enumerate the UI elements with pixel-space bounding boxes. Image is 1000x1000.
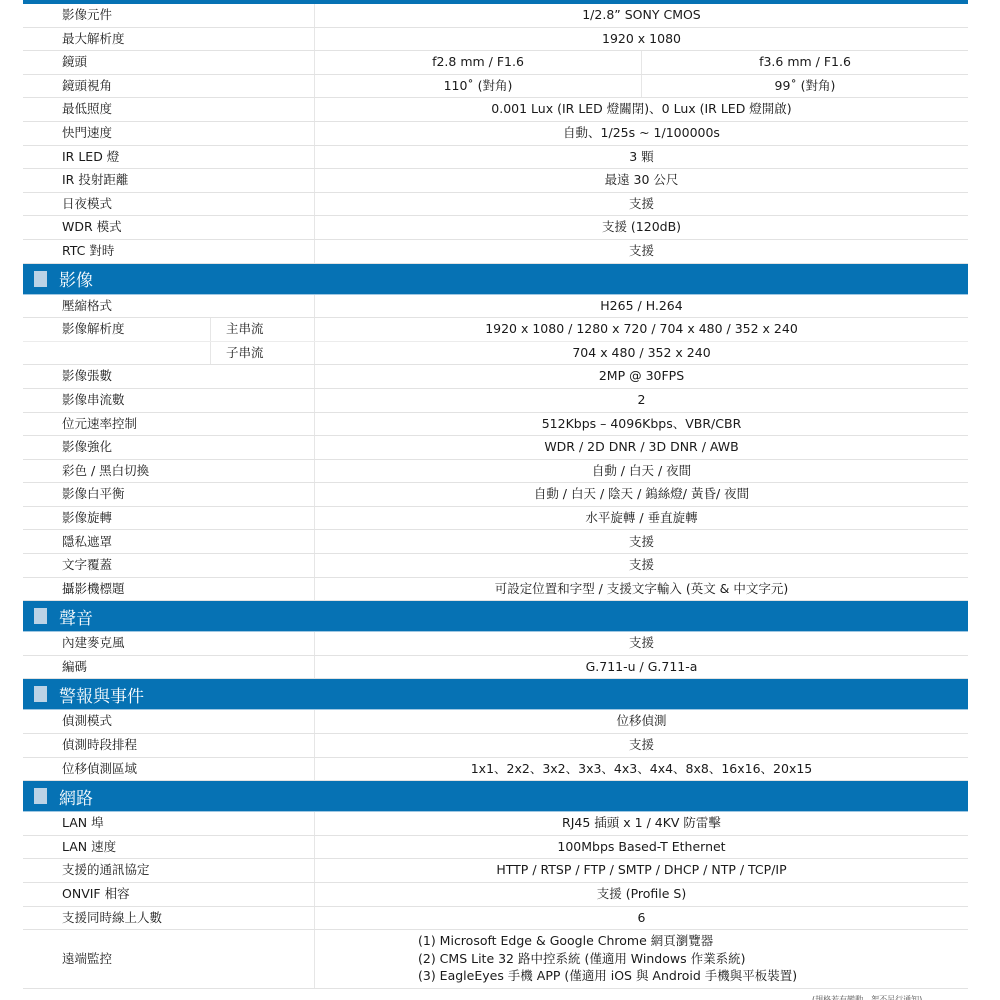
spec-row-remote: 遠端監控 (1) Microsoft Edge & Google Chrome … [23, 930, 968, 989]
spec-label: 支援同時線上人數 [23, 907, 315, 930]
spec-row: LAN 埠 RJ45 插頭 x 1 / 4KV 防雷擊 [23, 812, 968, 836]
spec-label: 內建麥克風 [23, 632, 315, 655]
video-section: 壓縮格式 H265 / H.264 影像解析度 主串流 1920 x 1080 … [23, 295, 968, 602]
spec-value: 1920 x 1080 / 1280 x 720 / 704 x 480 / 3… [315, 318, 968, 341]
spec-value: 3 顆 [315, 146, 968, 169]
spec-value-a: 110˚ (對角) [315, 75, 642, 98]
spec-row: 支援的通訊協定 HTTP / RTSP / FTP / SMTP / DHCP … [23, 859, 968, 883]
spec-value: G.711-u / G.711-a [315, 656, 968, 679]
spec-label: 遠端監控 [23, 930, 315, 988]
spec-row: 攝影機標題 可設定位置和字型 / 支援文字輸入 (英文 & 中文字元) [23, 578, 968, 602]
spec-row: 最大解析度 1920 x 1080 [23, 28, 968, 52]
section-square-icon [34, 788, 47, 804]
spec-label: 影像串流數 [23, 389, 315, 412]
spec-value: 水平旋轉 / 垂直旋轉 [315, 507, 968, 530]
network-section: LAN 埠 RJ45 插頭 x 1 / 4KV 防雷擊 LAN 速度 100Mb… [23, 812, 968, 989]
spec-value: 支援 [315, 632, 968, 655]
spec-label: RTC 對時 [23, 240, 315, 263]
spec-value: HTTP / RTSP / FTP / SMTP / DHCP / NTP / … [315, 859, 968, 882]
spec-value-a: f2.8 mm / F1.6 [315, 51, 642, 74]
spec-row: 支援同時線上人數 6 [23, 907, 968, 931]
spec-value: 100Mbps Based-T Ethernet [315, 836, 968, 859]
spec-label: 彩色 / 黑白切換 [23, 460, 315, 483]
spec-value: 支援 (120dB) [315, 216, 968, 239]
spec-row: 位移偵測區域 1x1、2x2、3x2、3x3、4x3、4x4、8x8、16x16… [23, 758, 968, 782]
section-header-video: 影像 [23, 264, 968, 295]
spec-value: 1920 x 1080 [315, 28, 968, 51]
spec-label: 影像強化 [23, 436, 315, 459]
spec-value: 位移偵測 [315, 710, 968, 733]
spec-label: 影像元件 [23, 4, 315, 27]
spec-label: 最大解析度 [23, 28, 315, 51]
spec-label: 壓縮格式 [23, 295, 315, 318]
spec-label: 影像解析度 [23, 318, 210, 341]
spec-row: 快門速度 自動、1/25s ~ 1/100000s [23, 122, 968, 146]
section-title: 網路 [59, 784, 93, 809]
spec-value: 704 x 480 / 352 x 240 [315, 342, 968, 365]
spec-row: 編碼 G.711-u / G.711-a [23, 656, 968, 680]
spec-sublabel: 主串流 [210, 318, 315, 341]
spec-label: ONVIF 相容 [23, 883, 315, 906]
spec-label: 影像白平衡 [23, 483, 315, 506]
alarm-section: 偵測模式 位移偵測 偵測時段排程 支援 位移偵測區域 1x1、2x2、3x2、3… [23, 710, 968, 781]
spec-row: 位元速率控制 512Kbps – 4096Kbps、VBR/CBR [23, 413, 968, 437]
spec-label: LAN 速度 [23, 836, 315, 859]
spec-row: 子串流 704 x 480 / 352 x 240 [23, 342, 968, 366]
spec-sheet: 影像元件 1/2.8” SONY CMOS 最大解析度 1920 x 1080 … [23, 0, 968, 989]
spec-row: 文字覆蓋 支援 [23, 554, 968, 578]
spec-row: 鏡頭 f2.8 mm / F1.6 f3.6 mm / F1.6 [23, 51, 968, 75]
spec-label: 最低照度 [23, 98, 315, 121]
spec-value: 支援 [315, 240, 968, 263]
spec-row: IR LED 燈 3 顆 [23, 146, 968, 170]
section-square-icon [34, 271, 47, 287]
spec-label: 位元速率控制 [23, 413, 315, 436]
spec-value: 自動 / 白天 / 陰天 / 鎢絲燈/ 黃昏/ 夜間 [315, 483, 968, 506]
spec-label: 偵測模式 [23, 710, 315, 733]
general-section: 影像元件 1/2.8” SONY CMOS 最大解析度 1920 x 1080 … [23, 4, 968, 264]
section-header-audio: 聲音 [23, 601, 968, 632]
section-square-icon [34, 608, 47, 624]
spec-label: 快門速度 [23, 122, 315, 145]
spec-value: 6 [315, 907, 968, 930]
spec-value-b: 99˚ (對角) [642, 75, 968, 98]
spec-row: 隱私遮罩 支援 [23, 530, 968, 554]
spec-value: 1x1、2x2、3x2、3x3、4x3、4x4、8x8、16x16、20x15 [315, 758, 968, 781]
spec-value: WDR / 2D DNR / 3D DNR / AWB [315, 436, 968, 459]
spec-value: 可設定位置和字型 / 支援文字輸入 (英文 & 中文字元) [315, 578, 968, 601]
spec-label: IR 投射距離 [23, 169, 315, 192]
spec-row: 偵測模式 位移偵測 [23, 710, 968, 734]
spec-row: 影像元件 1/2.8” SONY CMOS [23, 4, 968, 28]
spec-row: 影像白平衡 自動 / 白天 / 陰天 / 鎢絲燈/ 黃昏/ 夜間 [23, 483, 968, 507]
spec-row: 壓縮格式 H265 / H.264 [23, 295, 968, 319]
spec-value: 2 [315, 389, 968, 412]
spec-label: 隱私遮罩 [23, 530, 315, 553]
spec-label: 日夜模式 [23, 193, 315, 216]
spec-row: ONVIF 相容 支援 (Profile S) [23, 883, 968, 907]
spec-value: 2MP @ 30FPS [315, 365, 968, 388]
spec-value: 支援 [315, 554, 968, 577]
spec-sublabel: 子串流 [210, 342, 315, 365]
section-title: 警報與事件 [59, 682, 144, 707]
remote-monitor-item: (1) Microsoft Edge & Google Chrome 網頁瀏覽器 [418, 935, 968, 948]
footnote: (規格若有變動，恕不另行通知) [812, 994, 922, 1000]
spec-value-pair: 110˚ (對角) 99˚ (對角) [315, 75, 968, 98]
spec-label [23, 342, 210, 365]
spec-value: 支援 [315, 734, 968, 757]
spec-value: 支援 [315, 193, 968, 216]
spec-label: IR LED 燈 [23, 146, 315, 169]
spec-value-pair: f2.8 mm / F1.6 f3.6 mm / F1.6 [315, 51, 968, 74]
spec-label: 影像張數 [23, 365, 315, 388]
section-header-alarm: 警報與事件 [23, 679, 968, 710]
audio-section: 內建麥克風 支援 編碼 G.711-u / G.711-a [23, 632, 968, 679]
spec-row: 偵測時段排程 支援 [23, 734, 968, 758]
spec-label: 攝影機標題 [23, 578, 315, 601]
spec-value: 1/2.8” SONY CMOS [315, 4, 968, 27]
spec-label: 文字覆蓋 [23, 554, 315, 577]
spec-label: WDR 模式 [23, 216, 315, 239]
spec-label: LAN 埠 [23, 812, 315, 835]
section-square-icon [34, 686, 47, 702]
spec-value: 支援 [315, 530, 968, 553]
section-title: 聲音 [59, 604, 93, 629]
spec-label: 偵測時段排程 [23, 734, 315, 757]
spec-row: 影像強化 WDR / 2D DNR / 3D DNR / AWB [23, 436, 968, 460]
spec-row: 彩色 / 黑白切換 自動 / 白天 / 夜間 [23, 460, 968, 484]
spec-label: 鏡頭視角 [23, 75, 315, 98]
spec-row: 影像串流數 2 [23, 389, 968, 413]
spec-row: RTC 對時 支援 [23, 240, 968, 264]
spec-value: 0.001 Lux (IR LED 燈關閉)、0 Lux (IR LED 燈開啟… [315, 98, 968, 121]
remote-monitor-item: (3) EagleEyes 手機 APP (僅適用 iOS 與 Android … [418, 970, 968, 983]
spec-row: LAN 速度 100Mbps Based-T Ethernet [23, 836, 968, 860]
spec-row: WDR 模式 支援 (120dB) [23, 216, 968, 240]
spec-value: 自動 / 白天 / 夜間 [315, 460, 968, 483]
spec-label: 編碼 [23, 656, 315, 679]
spec-label: 支援的通訊協定 [23, 859, 315, 882]
spec-value: 支援 (Profile S) [315, 883, 968, 906]
spec-value: RJ45 插頭 x 1 / 4KV 防雷擊 [315, 812, 968, 835]
spec-row: 影像張數 2MP @ 30FPS [23, 365, 968, 389]
spec-value: 自動、1/25s ~ 1/100000s [315, 122, 968, 145]
spec-row: 影像旋轉 水平旋轉 / 垂直旋轉 [23, 507, 968, 531]
section-header-network: 網路 [23, 781, 968, 812]
spec-row: 內建麥克風 支援 [23, 632, 968, 656]
spec-label: 鏡頭 [23, 51, 315, 74]
spec-value: 512Kbps – 4096Kbps、VBR/CBR [315, 413, 968, 436]
section-title: 影像 [59, 266, 93, 291]
remote-monitor-list: (1) Microsoft Edge & Google Chrome 網頁瀏覽器… [315, 930, 968, 988]
spec-row: 鏡頭視角 110˚ (對角) 99˚ (對角) [23, 75, 968, 99]
spec-value: 最遠 30 公尺 [315, 169, 968, 192]
spec-value-b: f3.6 mm / F1.6 [642, 51, 968, 74]
spec-row: 最低照度 0.001 Lux (IR LED 燈關閉)、0 Lux (IR LE… [23, 98, 968, 122]
spec-row: IR 投射距離 最遠 30 公尺 [23, 169, 968, 193]
spec-value: H265 / H.264 [315, 295, 968, 318]
remote-monitor-item: (2) CMS Lite 32 路中控系統 (僅適用 Windows 作業系統) [418, 953, 968, 966]
spec-label: 影像旋轉 [23, 507, 315, 530]
spec-row: 日夜模式 支援 [23, 193, 968, 217]
spec-row: 影像解析度 主串流 1920 x 1080 / 1280 x 720 / 704… [23, 318, 968, 342]
spec-label: 位移偵測區域 [23, 758, 315, 781]
